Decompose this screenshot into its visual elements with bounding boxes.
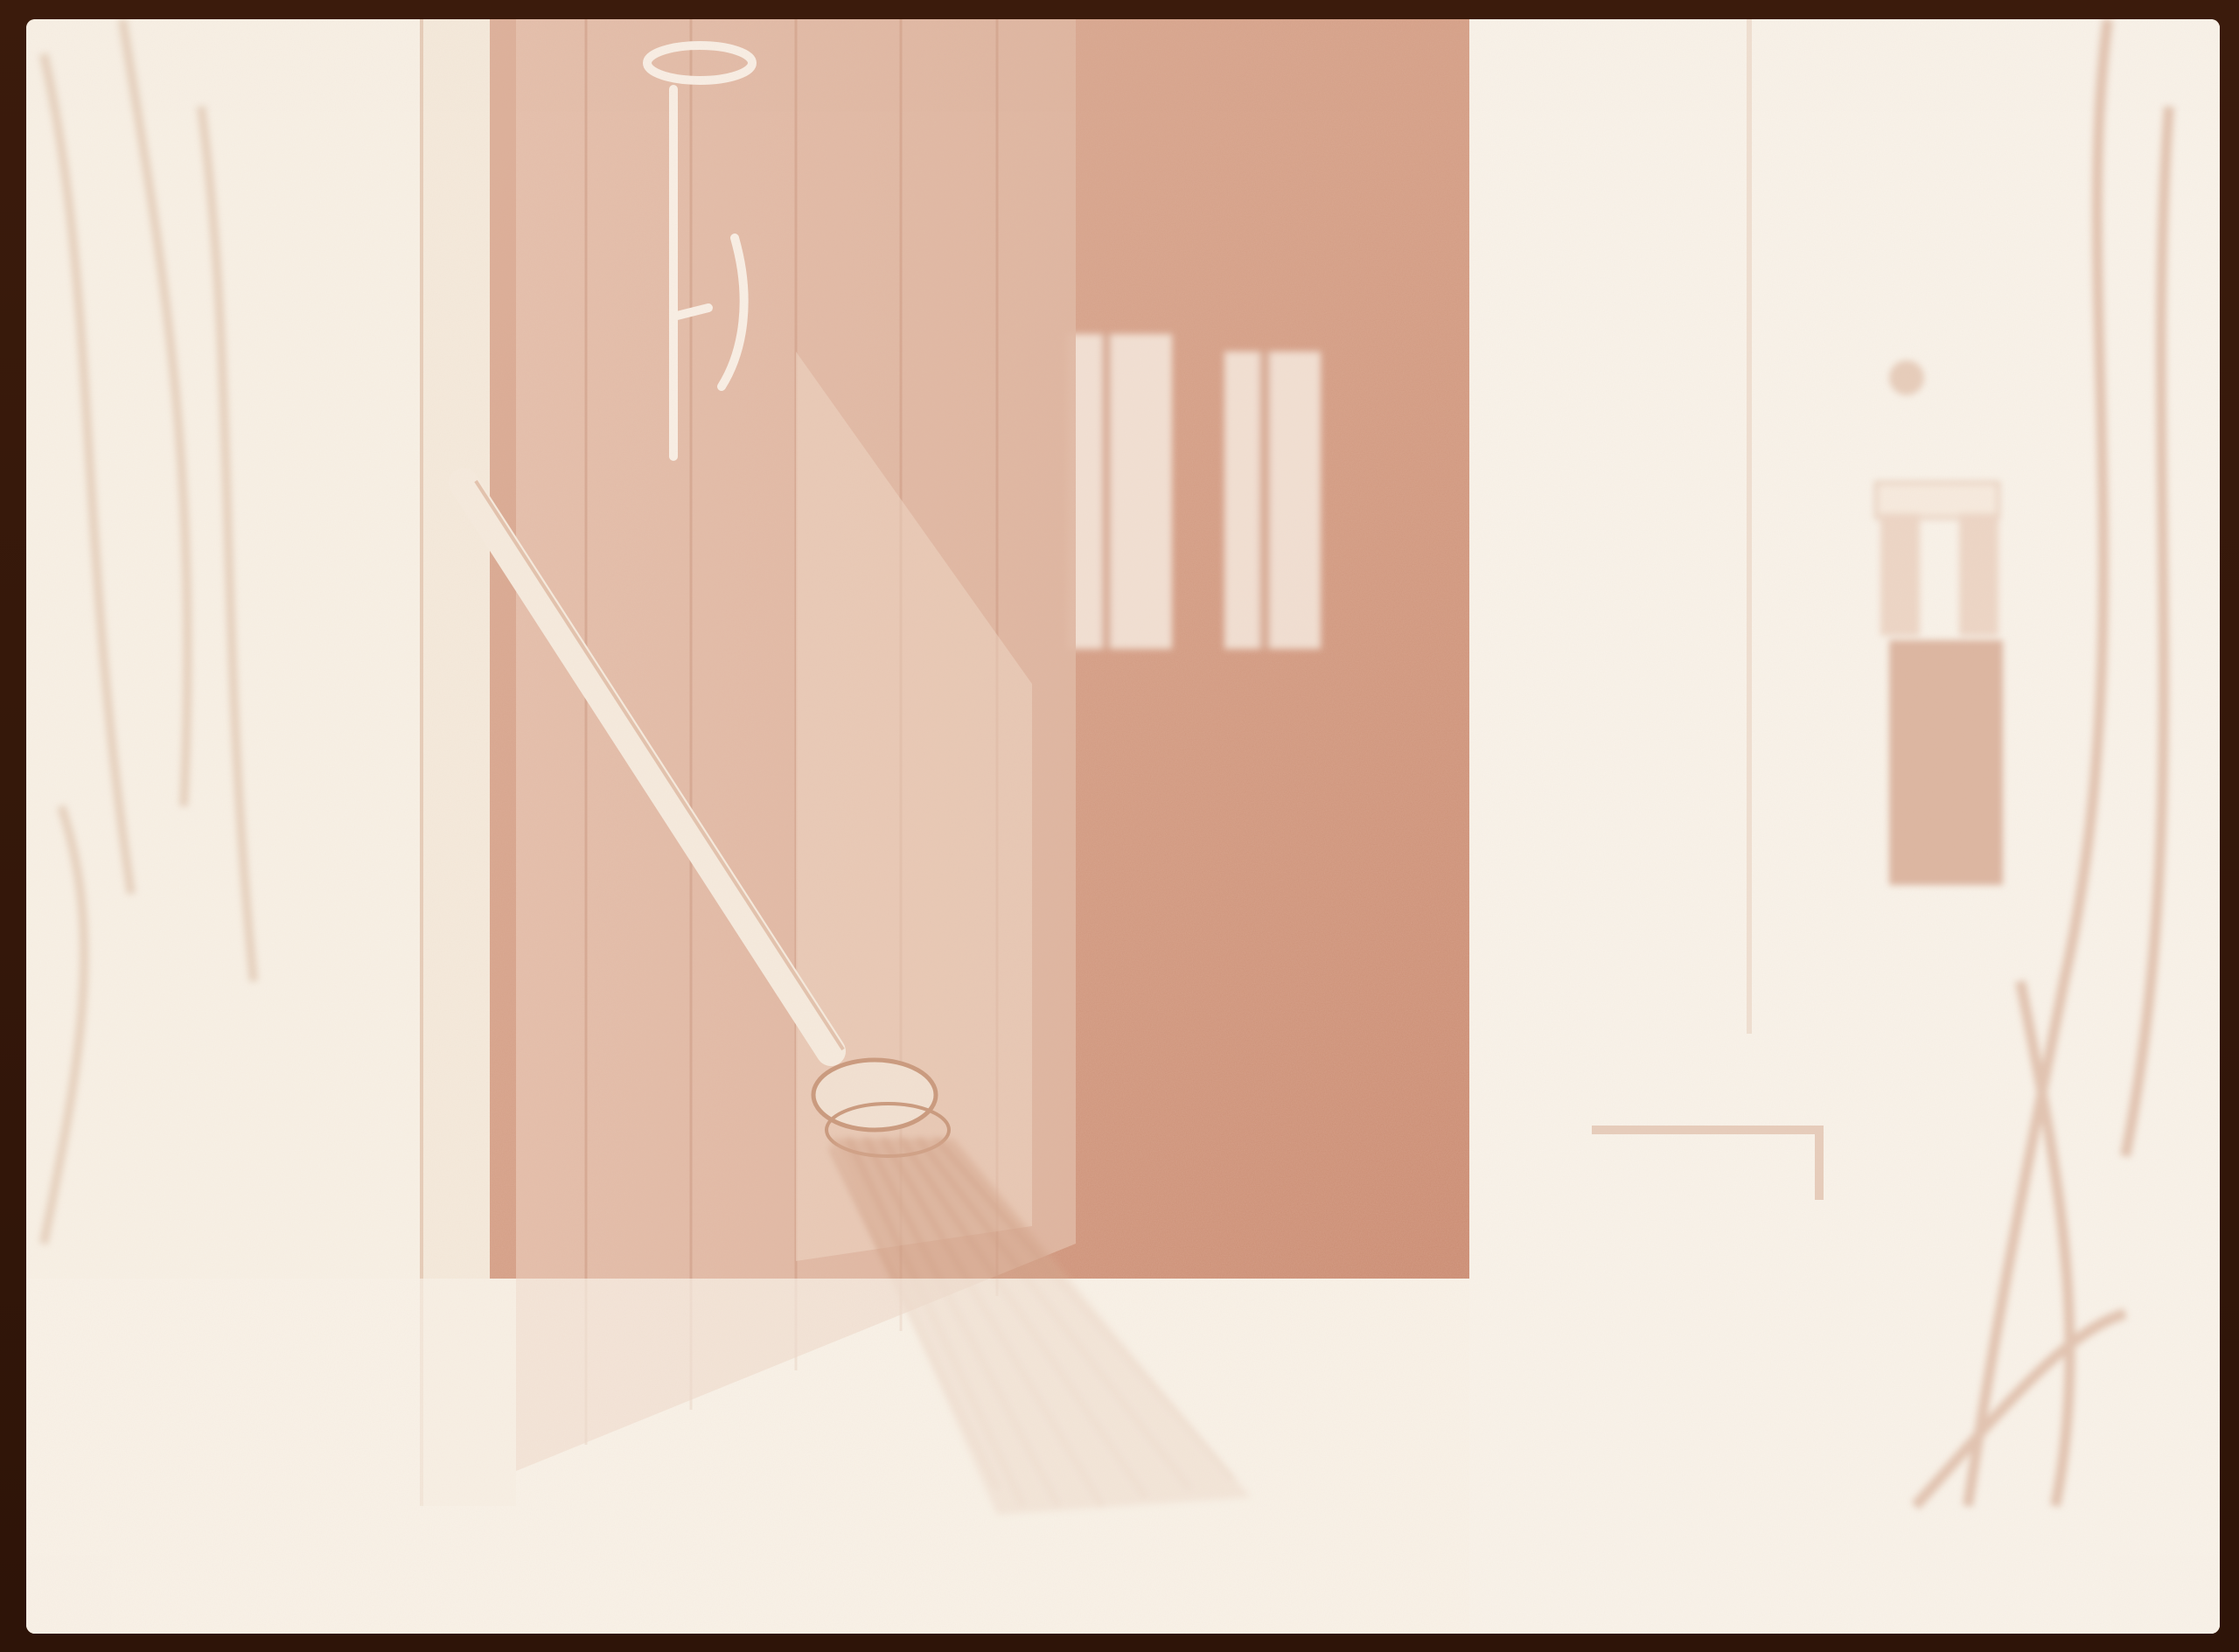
photograph-print bbox=[26, 19, 2220, 1634]
photo-mount-border bbox=[0, 0, 2239, 1652]
photo-scene bbox=[26, 19, 2220, 1634]
